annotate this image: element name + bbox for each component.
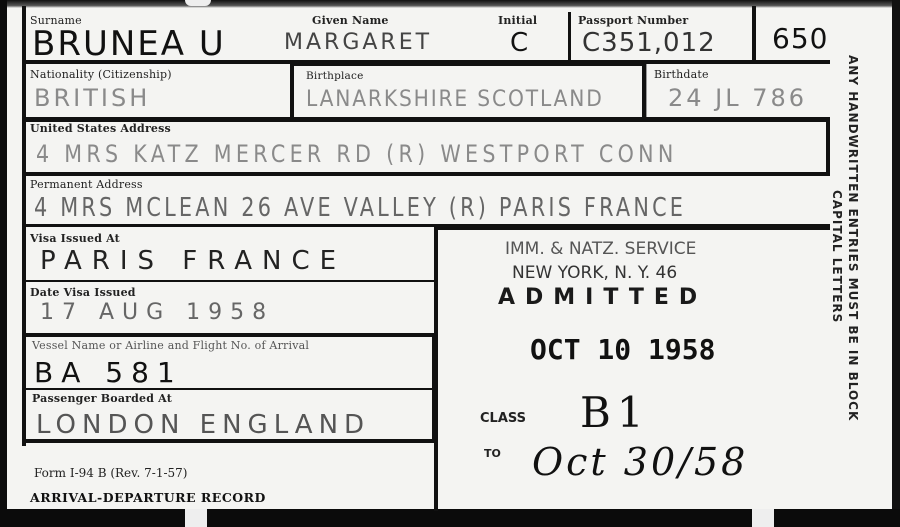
- permanent-address-value: 4 MRS MCLEAN 26 AVE VALLEY (R) PARIS FRA…: [34, 193, 686, 223]
- divider-initial-passport: [568, 12, 571, 62]
- scan-edge-right: [892, 0, 900, 527]
- to-value: Oct 30/58: [532, 440, 748, 484]
- boarded-at-value: LONDON ENGLAND: [36, 410, 370, 440]
- to-label: TO: [484, 447, 501, 460]
- stamp-agency: IMM. & NATZ. SERVICE: [505, 239, 696, 259]
- initial-label: Initial: [498, 14, 537, 27]
- birthplace-label: Birthplace: [306, 70, 364, 82]
- us-address-value: 4 MRS KATZ MERCER RD (R) WESTPORT CONN: [36, 140, 678, 168]
- permanent-address-label: Permanent Address: [30, 178, 143, 191]
- scan-edge-bottom: [0, 509, 900, 527]
- stamp-location: NEW YORK, N. Y. 46: [512, 263, 677, 283]
- nationality-value: BRITISH: [34, 84, 150, 112]
- date-visa-issued-label: Date Visa Issued: [30, 286, 136, 299]
- nationality-label: Nationality (Citizenship): [30, 68, 172, 81]
- form-title: ARRIVAL-DEPARTURE RECORD: [30, 490, 266, 505]
- birthplace-value: LANARKSHIRE SCOTLAND: [306, 87, 604, 112]
- date-visa-issued-value: 17 AUG 1958: [40, 300, 274, 325]
- stamp-date: OCT 10 1958: [530, 333, 715, 366]
- birthdate-value: 24 JL 786: [668, 84, 807, 112]
- visa-issued-at-label: Visa Issued At: [30, 232, 120, 245]
- scan-edge-top: [0, 0, 900, 8]
- stamp-status: ADMITTED: [498, 285, 707, 310]
- scan-edge-left: [0, 0, 7, 527]
- given-name-value: MARGARET: [284, 30, 432, 55]
- stamp-box-top-border: [434, 226, 830, 230]
- side-instruction-line2: CAPITAL LETTERS: [830, 190, 844, 360]
- form-number: Form I-94 B (Rev. 7-1-57): [34, 466, 187, 480]
- visa-issued-at-value: PARIS FRANCE: [40, 246, 346, 276]
- annotation-650: 650: [772, 22, 828, 55]
- birthdate-label: Birthdate: [654, 68, 709, 81]
- side-instruction-line1: ANY HANDWRITTEN ENTRIES MUST BE IN BLOCK: [846, 55, 860, 475]
- class-label: CLASS: [480, 411, 526, 426]
- visa-issued-bottom-line: [22, 280, 436, 282]
- class-value: B1: [580, 388, 650, 437]
- surname-value: BRUNEA U: [32, 24, 226, 64]
- vessel-flight-value: BA 581: [34, 356, 183, 389]
- divider-birthplace-birthdate: [646, 64, 647, 120]
- given-name-label: Given Name: [312, 14, 389, 27]
- passport-number-value: C351,012: [582, 28, 716, 58]
- us-address-label: United States Address: [30, 122, 171, 135]
- initial-value: C: [510, 28, 532, 58]
- passport-number-label: Passport Number: [578, 14, 688, 27]
- boarded-at-label: Passenger Boarded At: [32, 392, 172, 405]
- vessel-flight-label: Vessel Name or Airline and Flight No. of…: [32, 339, 309, 352]
- arrival-departure-card: Surname BRUNEA U Given Name MARGARET Ini…: [0, 0, 900, 527]
- divider-passport-annotation: [752, 6, 756, 64]
